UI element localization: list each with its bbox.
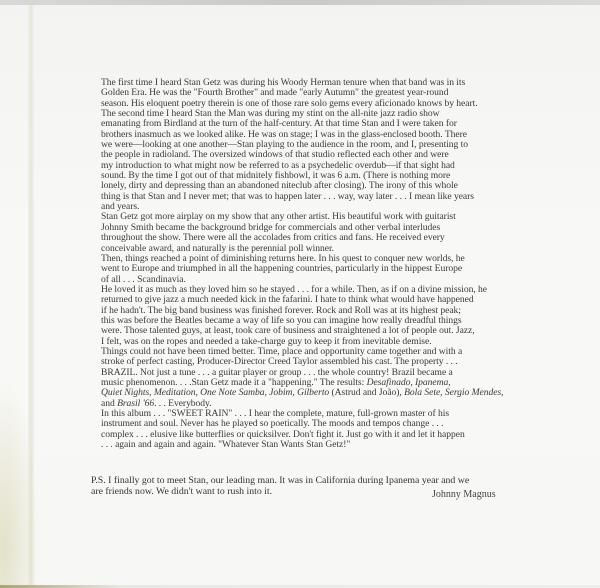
song-titles: Desafinado, Ipanema, — [367, 377, 451, 388]
results-text: . . . Everybody. — [154, 398, 211, 409]
author-signature: Johnny Magnus — [432, 489, 496, 500]
text-line: . . . again and again and again. "Whatev… — [101, 440, 541, 450]
artist-names: Brasil '66 — [117, 398, 154, 409]
song-titles: Quiet Nights, Meditation, One Note Samba… — [101, 387, 329, 398]
page-top-edge — [0, 0, 600, 5]
results-text: and — [101, 398, 117, 409]
results-text: music phenomenon. . . .Stan Getz made it… — [101, 377, 367, 388]
text-line: returned to give jazz a much needed kick… — [101, 295, 541, 305]
text-line: throughout the show. There were all the … — [101, 233, 541, 243]
text-line: went to Europe and triumphed in all the … — [101, 264, 541, 274]
liner-notes-page: The first time I heard Stan Getz was dur… — [0, 0, 600, 588]
postscript-line: P.S. I finally got to meet Stan, our lea… — [91, 476, 551, 487]
artist-names: Bola Sete, Sergio Mendes, — [404, 387, 503, 398]
paper-stain — [0, 380, 40, 588]
text-line: thing is that Stan and I never met; that… — [101, 192, 541, 202]
results-text: (Astrud and João), — [329, 387, 404, 398]
liner-notes-body: The first time I heard Stan Getz was dur… — [101, 78, 541, 450]
